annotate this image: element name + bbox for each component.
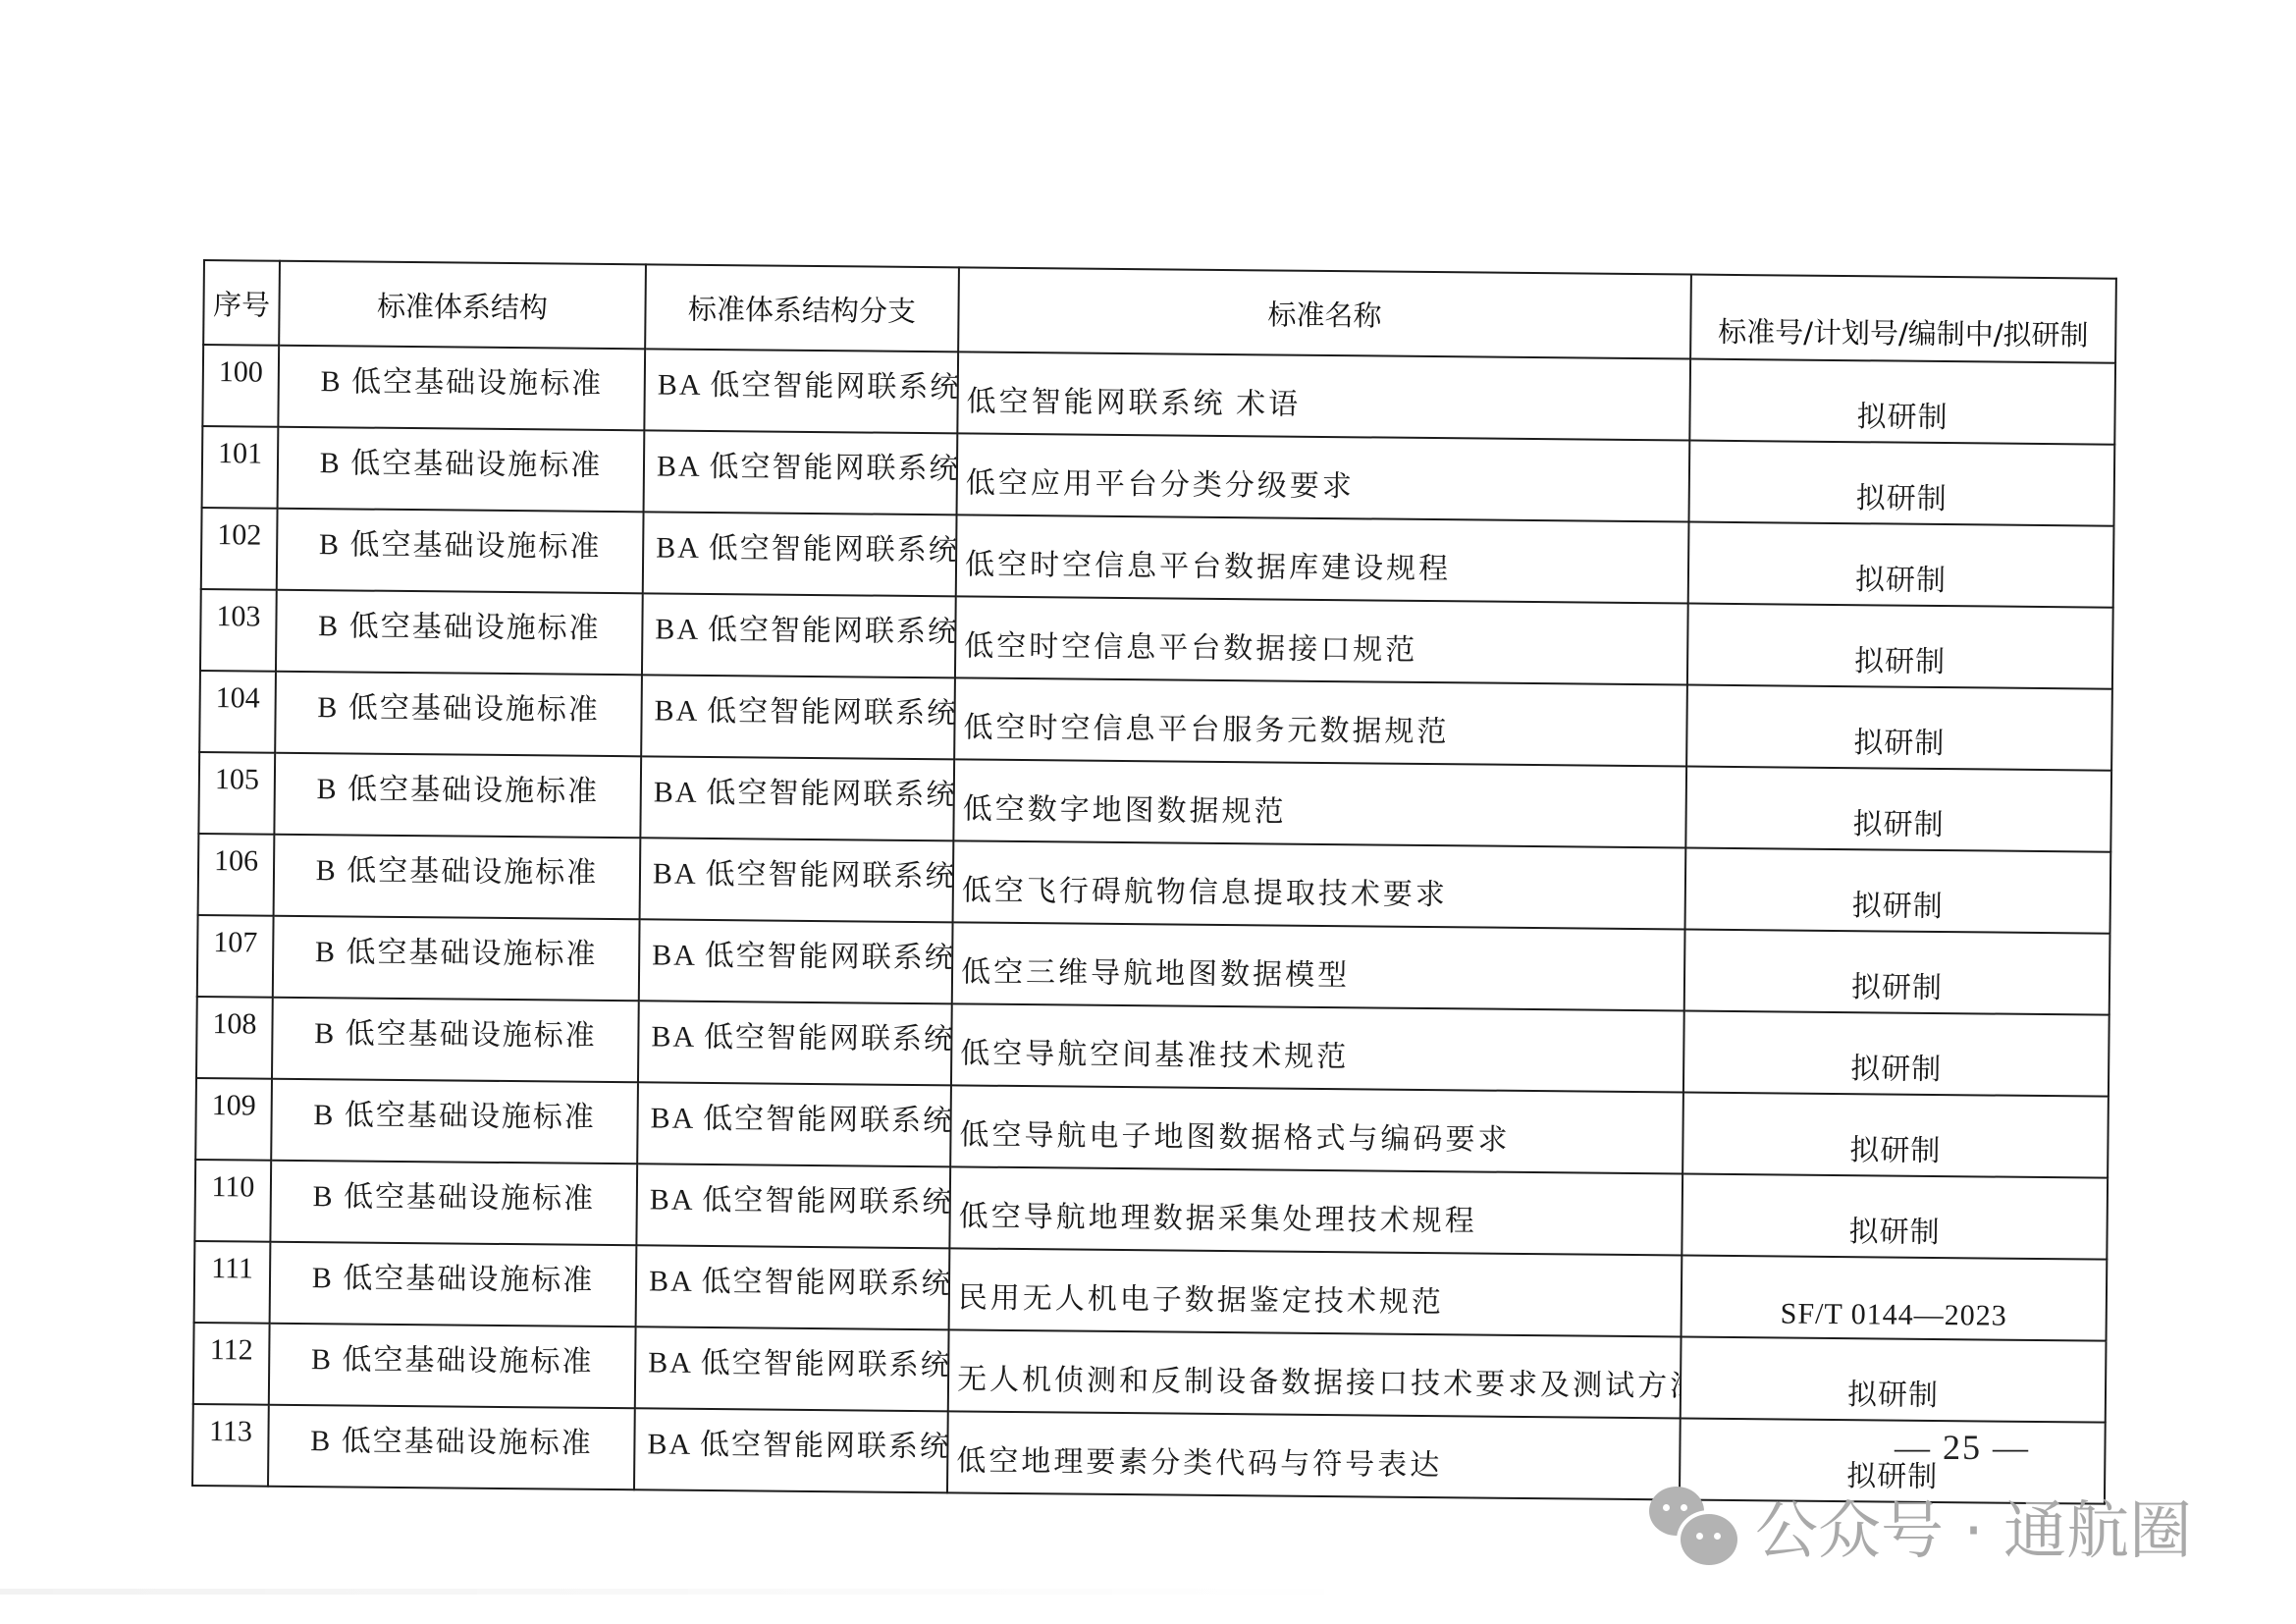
cell-branch: BA 低空智能网联系统	[642, 593, 956, 677]
cell-status: 拟研制	[1685, 848, 2111, 934]
cell-branch: BA 低空智能网联系统	[636, 1245, 950, 1329]
cell-no: 105	[198, 752, 275, 835]
cell-no: 103	[200, 589, 277, 672]
cell-structure: B 低空基础设施标准	[276, 590, 643, 676]
cell-name: 低空时空信息平台服务元数据规范	[954, 677, 1687, 766]
cell-name: 低空智能网联系统 术语	[957, 352, 1690, 440]
cell-structure: B 低空基础设施标准	[272, 998, 639, 1083]
cell-structure: B 低空基础设施标准	[270, 1242, 637, 1327]
cell-branch: BA 低空智能网联系统	[644, 430, 958, 514]
cell-status: 拟研制	[1689, 359, 2115, 445]
cell-status: 拟研制	[1684, 930, 2110, 1015]
cell-name: 低空应用平台分类分级要求	[957, 433, 1690, 521]
cell-branch: BA 低空智能网联系统	[640, 838, 954, 922]
cell-structure: B 低空基础设施标准	[273, 916, 640, 1001]
cell-name: 无人机侦测和反制设备数据接口技术要求及测试方法	[948, 1329, 1682, 1418]
cell-name: 低空导航地理数据采集处理技术规程	[949, 1166, 1682, 1255]
cell-status: 拟研制	[1682, 1093, 2109, 1178]
cell-structure: B 低空基础设施标准	[274, 753, 641, 839]
cell-branch: BA 低空智能网联系统	[637, 1082, 951, 1166]
cell-branch: BA 低空智能网联系统	[635, 1326, 949, 1411]
cell-no: 102	[201, 508, 278, 590]
cell-branch: BA 低空智能网联系统	[641, 675, 955, 759]
cell-branch: BA 低空智能网联系统	[639, 919, 953, 1003]
header-no: 序号	[203, 260, 280, 346]
cell-no: 101	[202, 426, 279, 509]
cell-name: 低空导航空间基准技术规范	[951, 1003, 1684, 1092]
page-number: — 25 —	[1895, 1427, 2030, 1468]
cell-name: 低空数字地图数据规范	[953, 759, 1686, 847]
cell-structure: B 低空基础设施标准	[278, 346, 645, 431]
cell-branch: BA 低空智能网联系统	[643, 512, 957, 596]
header-branch: 标准体系结构分支	[645, 264, 959, 352]
cell-no: 111	[194, 1241, 271, 1324]
cell-structure: B 低空基础设施标准	[277, 509, 644, 594]
table-body: 100B 低空基础设施标准BA 低空智能网联系统低空智能网联系统 术语拟研制10…	[192, 345, 2115, 1504]
cell-status: 拟研制	[1688, 522, 2114, 608]
wechat-icon	[1649, 1487, 1737, 1565]
header-status: 标准号/计划号/编制中/拟研制	[1690, 275, 2116, 363]
cell-no: 104	[199, 671, 276, 753]
cell-status: 拟研制	[1689, 441, 2115, 526]
cell-branch: BA 低空智能网联系统	[634, 1408, 948, 1492]
cell-no: 107	[197, 915, 274, 998]
cell-status: 拟研制	[1685, 767, 2111, 852]
cell-structure: B 低空基础设施标准	[274, 835, 641, 920]
cell-status: 拟研制	[1682, 1174, 2108, 1260]
cell-name: 低空导航电子地图数据格式与编码要求	[950, 1085, 1683, 1173]
cell-name: 低空三维导航地图数据模型	[952, 922, 1685, 1010]
cell-branch: BA 低空智能网联系统	[644, 349, 958, 433]
cell-status: 拟研制	[1686, 685, 2112, 771]
document-page: 序号 标准体系结构 标准体系结构分支 标准名称 标准号/计划号/编制中/拟研制 …	[0, 0, 2296, 1624]
cell-status: SF/T 0144—2023	[1682, 1256, 2108, 1341]
watermark-text: 公众号 · 通航圈	[1755, 1481, 2192, 1571]
cell-structure: B 低空基础设施标准	[278, 427, 645, 513]
scan-edge-artifact	[0, 1589, 2296, 1595]
cell-structure: B 低空基础设施标准	[268, 1405, 635, 1490]
cell-no: 100	[202, 345, 279, 427]
cell-name: 民用无人机电子数据鉴定技术规范	[949, 1248, 1682, 1336]
cell-name: 低空地理要素分类代码与符号表达	[947, 1411, 1681, 1499]
cell-no: 112	[193, 1323, 270, 1405]
cell-no: 110	[194, 1160, 271, 1242]
header-name: 标准名称	[958, 267, 1691, 358]
cell-structure: B 低空基础设施标准	[269, 1324, 636, 1409]
header-structure: 标准体系结构	[279, 261, 646, 350]
cell-status: 拟研制	[1687, 604, 2113, 689]
cell-name: 低空时空信息平台数据库建设规程	[956, 514, 1689, 603]
cell-structure: B 低空基础设施标准	[271, 1079, 638, 1164]
cell-name: 低空时空信息平台数据接口规范	[955, 596, 1688, 684]
watermark: 公众号 · 通航圈	[1649, 1481, 2192, 1571]
cell-no: 109	[195, 1078, 272, 1161]
cell-structure: B 低空基础设施标准	[275, 672, 642, 757]
cell-branch: BA 低空智能网联系统	[636, 1164, 950, 1248]
standards-table-container: 序号 标准体系结构 标准体系结构分支 标准名称 标准号/计划号/编制中/拟研制 …	[191, 259, 2117, 1505]
cell-structure: B 低空基础设施标准	[270, 1161, 637, 1246]
cell-no: 106	[198, 834, 275, 916]
cell-branch: BA 低空智能网联系统	[640, 756, 954, 840]
cell-status: 拟研制	[1681, 1337, 2107, 1423]
cell-no: 113	[192, 1404, 269, 1487]
cell-status: 拟研制	[1683, 1011, 2109, 1097]
cell-no: 108	[196, 997, 273, 1079]
cell-branch: BA 低空智能网联系统	[638, 1001, 952, 1085]
standards-table: 序号 标准体系结构 标准体系结构分支 标准名称 标准号/计划号/编制中/拟研制 …	[191, 259, 2117, 1505]
cell-name: 低空飞行碍航物信息提取技术要求	[953, 840, 1686, 929]
